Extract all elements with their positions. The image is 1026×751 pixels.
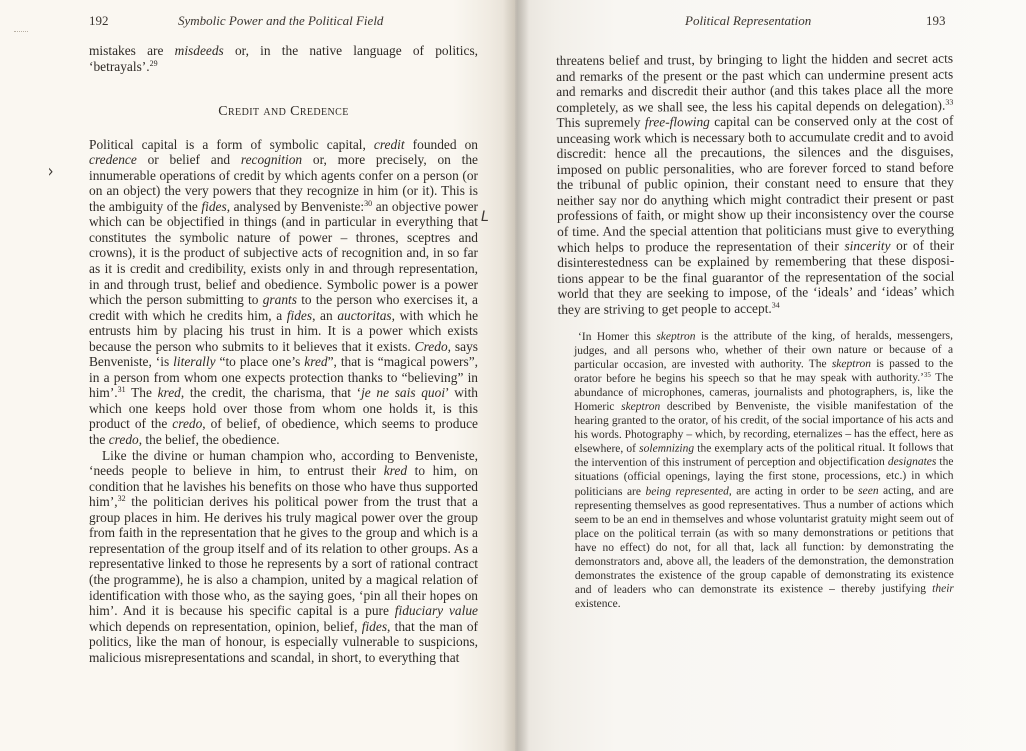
italic-run: seen [858,484,878,496]
text-run: , the belief, the obedience. [139,432,280,447]
italic-run: Credo [415,339,448,354]
footnote-ref[interactable]: 33 [945,97,953,106]
italic-run: solemnizing [639,443,694,455]
paragraph-champion: Like the divine or human champion who, a… [89,448,478,666]
quote-paragraph: ‘In Homer this skeptron is the attribute… [574,329,954,611]
page-number-left: 192 [89,13,109,29]
italic-run: kred [384,463,407,478]
text-run: “to place one’s [216,354,305,369]
footnote-ref[interactable]: 30 [364,199,372,208]
text-run: Political capital is a form of symbolic … [89,137,374,152]
italic-run: being represented [645,485,728,497]
italic-run: credo [172,416,202,431]
italic-run: fiduciary value [395,603,478,618]
italic-run: recognition [241,152,302,167]
text-run: , the credit, the charisma, that ‘ [181,385,361,400]
carryover-paragraph: mistakes are misdeeds or, in the native … [89,43,478,74]
footnote-ref[interactable]: 34 [772,300,780,309]
page-number-right: 193 [926,13,946,29]
text-run: , analysed by Benveniste: [227,199,364,214]
italic-run: free-flowing [645,114,710,129]
italic-run: credo [109,432,139,447]
running-title-right: Political Representation [685,13,811,29]
text-run: the politician derives his political pow… [89,494,478,618]
footnote-ref[interactable]: 32 [118,494,126,503]
italic-run: their [932,583,954,595]
text-run: , are acting in order to be [729,485,858,497]
text-run: founded on [405,137,478,152]
footnote-ref[interactable]: 35 [924,371,931,379]
text-run: or belief and [137,152,241,167]
text-run: an objective power which can be objectif… [89,199,478,307]
italic-run: skeptron [832,358,871,370]
text-run: existence. [575,598,621,610]
text-run: The [126,385,158,400]
italic-run: auctoritas [337,308,391,323]
italic-run: sincerity [844,238,890,253]
text-run: mistakes are [89,43,175,58]
margin-arrow-mark-icon: › [48,161,54,182]
italic-run: misdeeds [175,43,224,58]
margin-l-mark-icon: L [481,209,489,225]
book-spread: 192 Symbolic Power and the Political Fie… [0,0,1026,751]
paragraph-credit: Political capital is a form of symbolic … [89,137,478,448]
text-run: acting, and are representing themselves … [575,484,954,596]
italic-run: skeptron [656,331,695,343]
text-run: , an [312,308,337,323]
left-body-text: mistakes are misdeeds or, in the native … [89,43,478,665]
italic-run: kred [304,354,327,369]
paper-speck [14,31,28,33]
italic-run: fides [362,619,387,634]
paragraph-threatens: threatens belief and trust, by bringing … [556,51,955,318]
text-run: threatens belief and trust, by bringing … [556,51,953,115]
italic-run: kred [158,385,181,400]
italic-run: fides [287,308,312,323]
italic-run: credit [374,137,405,152]
section-heading: Credit and Credence [89,104,478,120]
footnote-ref[interactable]: 31 [118,385,126,394]
italic-run: credence [89,152,137,167]
italic-run: designates [888,456,937,468]
running-title-left: Symbolic Power and the Political Field [178,13,383,29]
italic-run: fides [201,199,226,214]
italic-run: grants [263,292,297,307]
text-run: This supremely [556,115,645,131]
block-quote-skeptron: ‘In Homer this skeptron is the attribute… [574,329,954,611]
left-page: 192 Symbolic Power and the Political Fie… [0,0,515,751]
italic-run: je ne sais quoi [361,385,445,400]
italic-run: literally [173,354,215,369]
text-run: which depends on representation, opinion… [89,619,362,634]
book-gutter [503,0,529,751]
footnote-ref[interactable]: 29 [150,59,158,68]
italic-run: skeptron [621,401,660,413]
right-body-text: threatens belief and trust, by bringing … [556,51,955,318]
text-run: capital can be conserved only at the cos… [556,113,954,255]
text-run: ‘In Homer this [578,331,656,343]
